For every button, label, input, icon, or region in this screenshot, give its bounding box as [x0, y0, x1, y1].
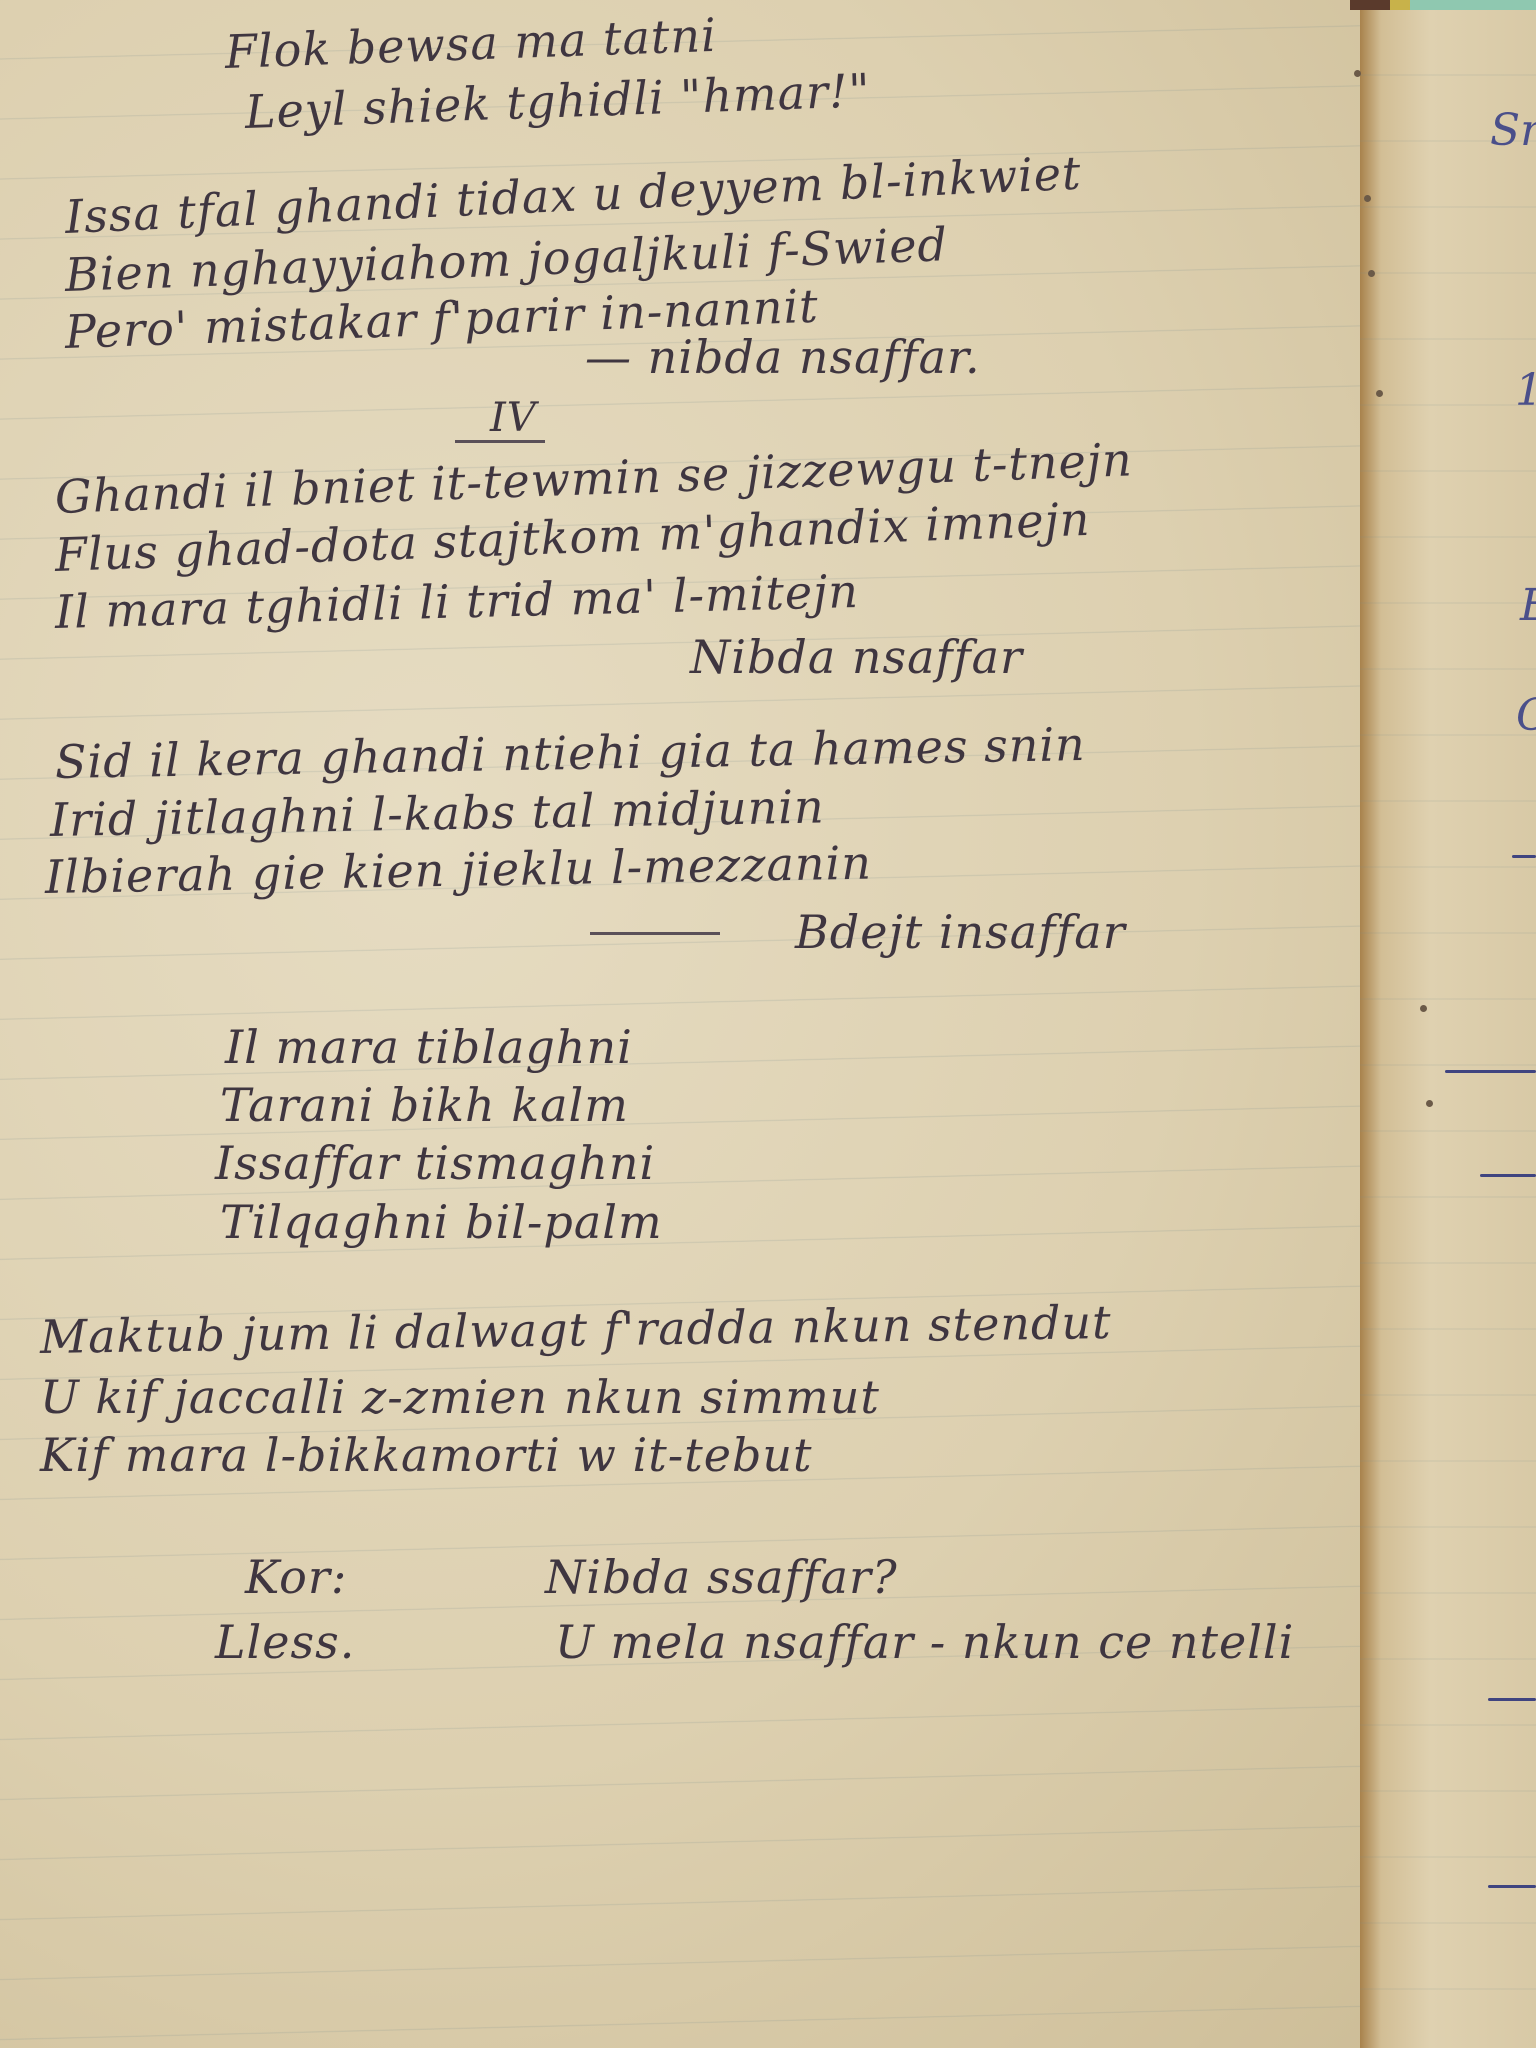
notebook-right-page	[1360, 10, 1536, 2048]
facing-page-fragment: 1	[1515, 365, 1536, 416]
facing-page-dash	[1512, 855, 1536, 858]
section-number: IV	[490, 395, 537, 441]
facing-page-dash	[1488, 1885, 1536, 1888]
refrain-dash	[590, 932, 720, 935]
stanza-3-refrain: Nibda nsaffar	[690, 630, 1023, 684]
stanza-5-line-4: Tilqaghni bil-palm	[220, 1195, 663, 1249]
binding-hole	[1364, 195, 1371, 202]
facing-page-fragment: C	[1516, 690, 1536, 741]
dialogue-1-speaker: Kor:	[245, 1550, 347, 1604]
dialogue-2-text: U mela nsaffar - nkun ce ntelli	[555, 1615, 1294, 1669]
dialogue-2-speaker: Lless.	[215, 1615, 355, 1669]
binding-hole	[1420, 1005, 1427, 1012]
facing-page-fragment: Sr	[1490, 105, 1536, 156]
background-strip	[1350, 0, 1536, 10]
facing-page-fragment: E	[1520, 580, 1536, 631]
dialogue-1-text: Nibda ssaffar?	[545, 1550, 898, 1604]
section-underline	[455, 440, 545, 443]
stanza-2-refrain: — nibda nsaffar.	[585, 330, 981, 384]
binding-hole	[1354, 70, 1361, 77]
binding-hole	[1376, 390, 1383, 397]
facing-page-dash	[1488, 1698, 1536, 1701]
stanza-6-line-2: U kif jaccalli z-zmien nkun simmut	[40, 1370, 880, 1424]
stanza-5-line-2: Tarani bikh kalm	[220, 1078, 629, 1132]
binding-hole	[1426, 1100, 1433, 1107]
facing-page-arrow	[1445, 1070, 1536, 1073]
stanza-6-line-3: Kif mara l-bikkamorti w it-tebut	[40, 1428, 813, 1482]
stanza-4-refrain: Bdejt insaffar	[795, 905, 1126, 959]
stanza-5-line-3: Issaffar tismaghni	[215, 1136, 655, 1190]
stanza-5-line-1: Il mara tiblaghni	[225, 1020, 633, 1074]
binding-hole	[1368, 270, 1375, 277]
facing-page-dash	[1480, 1174, 1536, 1177]
